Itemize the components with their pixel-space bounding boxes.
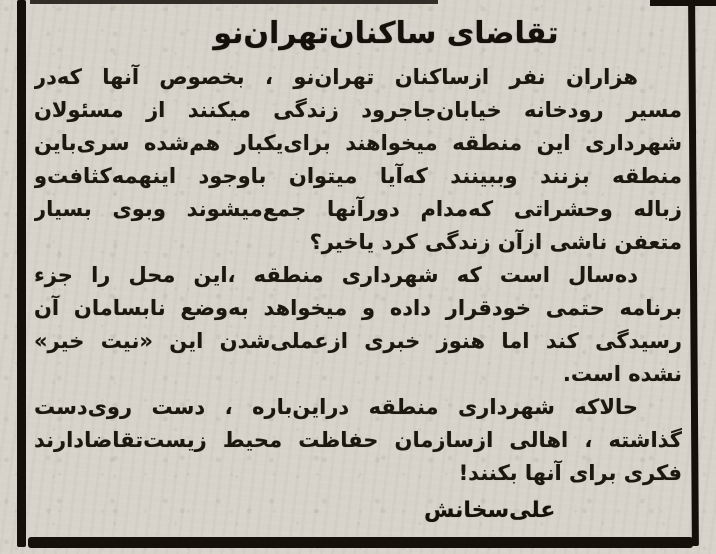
body-line: رسیدگی کند اما هنوز خبری ازعملی‌شدن این … [34,325,682,358]
frame-left-rule [17,0,26,547]
paragraph-3: حالاکه شهرداری منطقه دراین‌باره ، دست رو… [34,391,682,490]
body-line: منطقه بزنند وببینند که‌آیا میتوان باوجود… [34,160,682,193]
body-line: نشده است. [34,358,682,391]
body-line: هزاران نفر ازساکنان تهران‌نو ، بخصوص آنه… [34,61,682,94]
frame-right-rule [688,0,699,546]
author-signature: علی‌سخانش [34,498,682,523]
article: تقاضای ساکنان‌تهران‌نو هزاران نفر ازساکن… [34,12,682,523]
body-line: گذاشته ، اهالی ازسازمان حفاظت محیط زیست‌… [34,424,682,457]
frame-top-corner-rule [650,0,716,6]
paragraph-1: هزاران نفر ازساکنان تهران‌نو ، بخصوص آنه… [34,61,682,259]
body-line: برنامه حتمی خودقرار داده و میخواهد به‌وض… [34,292,682,325]
paragraph-2: ده‌سال است که شهرداری منطقه ،این محل را … [34,259,682,391]
article-body: هزاران نفر ازساکنان تهران‌نو ، بخصوص آنه… [34,61,682,490]
body-line: زباله وحشراتی که‌مدام دورآنها جمع‌میشوند… [34,193,682,226]
body-line: حالاکه شهرداری منطقه دراین‌باره ، دست رو… [34,391,682,424]
body-line: ده‌سال است که شهرداری منطقه ،این محل را … [34,259,682,292]
body-line: فکری برای آنها بکنند! [34,457,682,490]
body-line: متعفن ناشی ازآن زندگی کرد یاخیر؟ [34,226,682,259]
body-line: مسیر رودخانه خیابان‌جاجرود زندگی میکنند … [34,94,682,127]
frame-bottom-rule [28,537,693,548]
article-title: تقاضای ساکنان‌تهران‌نو [34,16,682,51]
frame-top-rule [30,0,438,4]
newspaper-clipping: تقاضای ساکنان‌تهران‌نو هزاران نفر ازساکن… [0,0,716,554]
body-line: شهرداری این منطقه میخواهند برای‌یکبار هم… [34,127,682,160]
